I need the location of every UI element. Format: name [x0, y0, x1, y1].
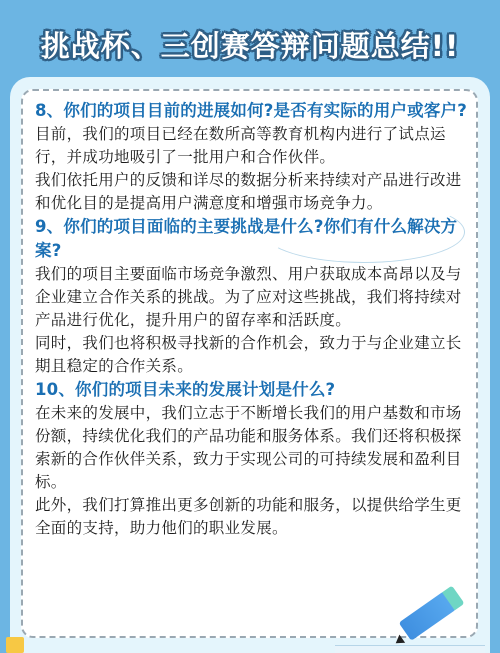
answer-10-paragraph-1: 在未来的发展中，我们立志于不断增长我们的用户基数和市场份额，持续优化我们的产品功… [35, 402, 475, 494]
answer-9-paragraph-2: 同时，我们也将积极寻找新的合作机会，致力于与企业建立长期且稳定的合作关系。 [35, 332, 475, 378]
qa-content: 8、你们的项目目前的进展如何?是否有实际的用户或客户? 目前，我们的项目已经在数… [35, 99, 475, 540]
answer-9-paragraph-1: 我们的项目主要面临市场竞争激烈、用户获取成本高昂以及与企业建立合作关系的挑战。为… [35, 263, 475, 332]
content-card: 8、你们的项目目前的进展如何?是否有实际的用户或客户? 目前，我们的项目已经在数… [10, 77, 490, 653]
book-icon [335, 645, 485, 653]
answer-8-paragraph-2: 我们依托用户的反馈和详尽的数据分析来持续对产品进行改进和优化目的是提高用户满意度… [35, 169, 475, 215]
question-10: 10、你们的项目未来的发展计划是什么? [35, 378, 475, 402]
question-9: 9、你们的项目面临的主要挑战是什么?你们有什么解决方案? [35, 215, 475, 263]
answer-8-paragraph-1: 目前，我们的项目已经在数所高等教育机构内进行了试点运行，并成功地吸引了一批用户和… [35, 123, 475, 169]
page-title: 挑战杯、三创赛答辩问题总结!! [0, 24, 500, 65]
answer-10-paragraph-2: 此外，我们打算推出更多创新的功能和服务，以提供给学生更全面的支持，助力他们的职业… [35, 494, 475, 540]
question-8: 8、你们的项目目前的进展如何?是否有实际的用户或客户? [35, 99, 475, 123]
sticker-icon [6, 637, 24, 653]
